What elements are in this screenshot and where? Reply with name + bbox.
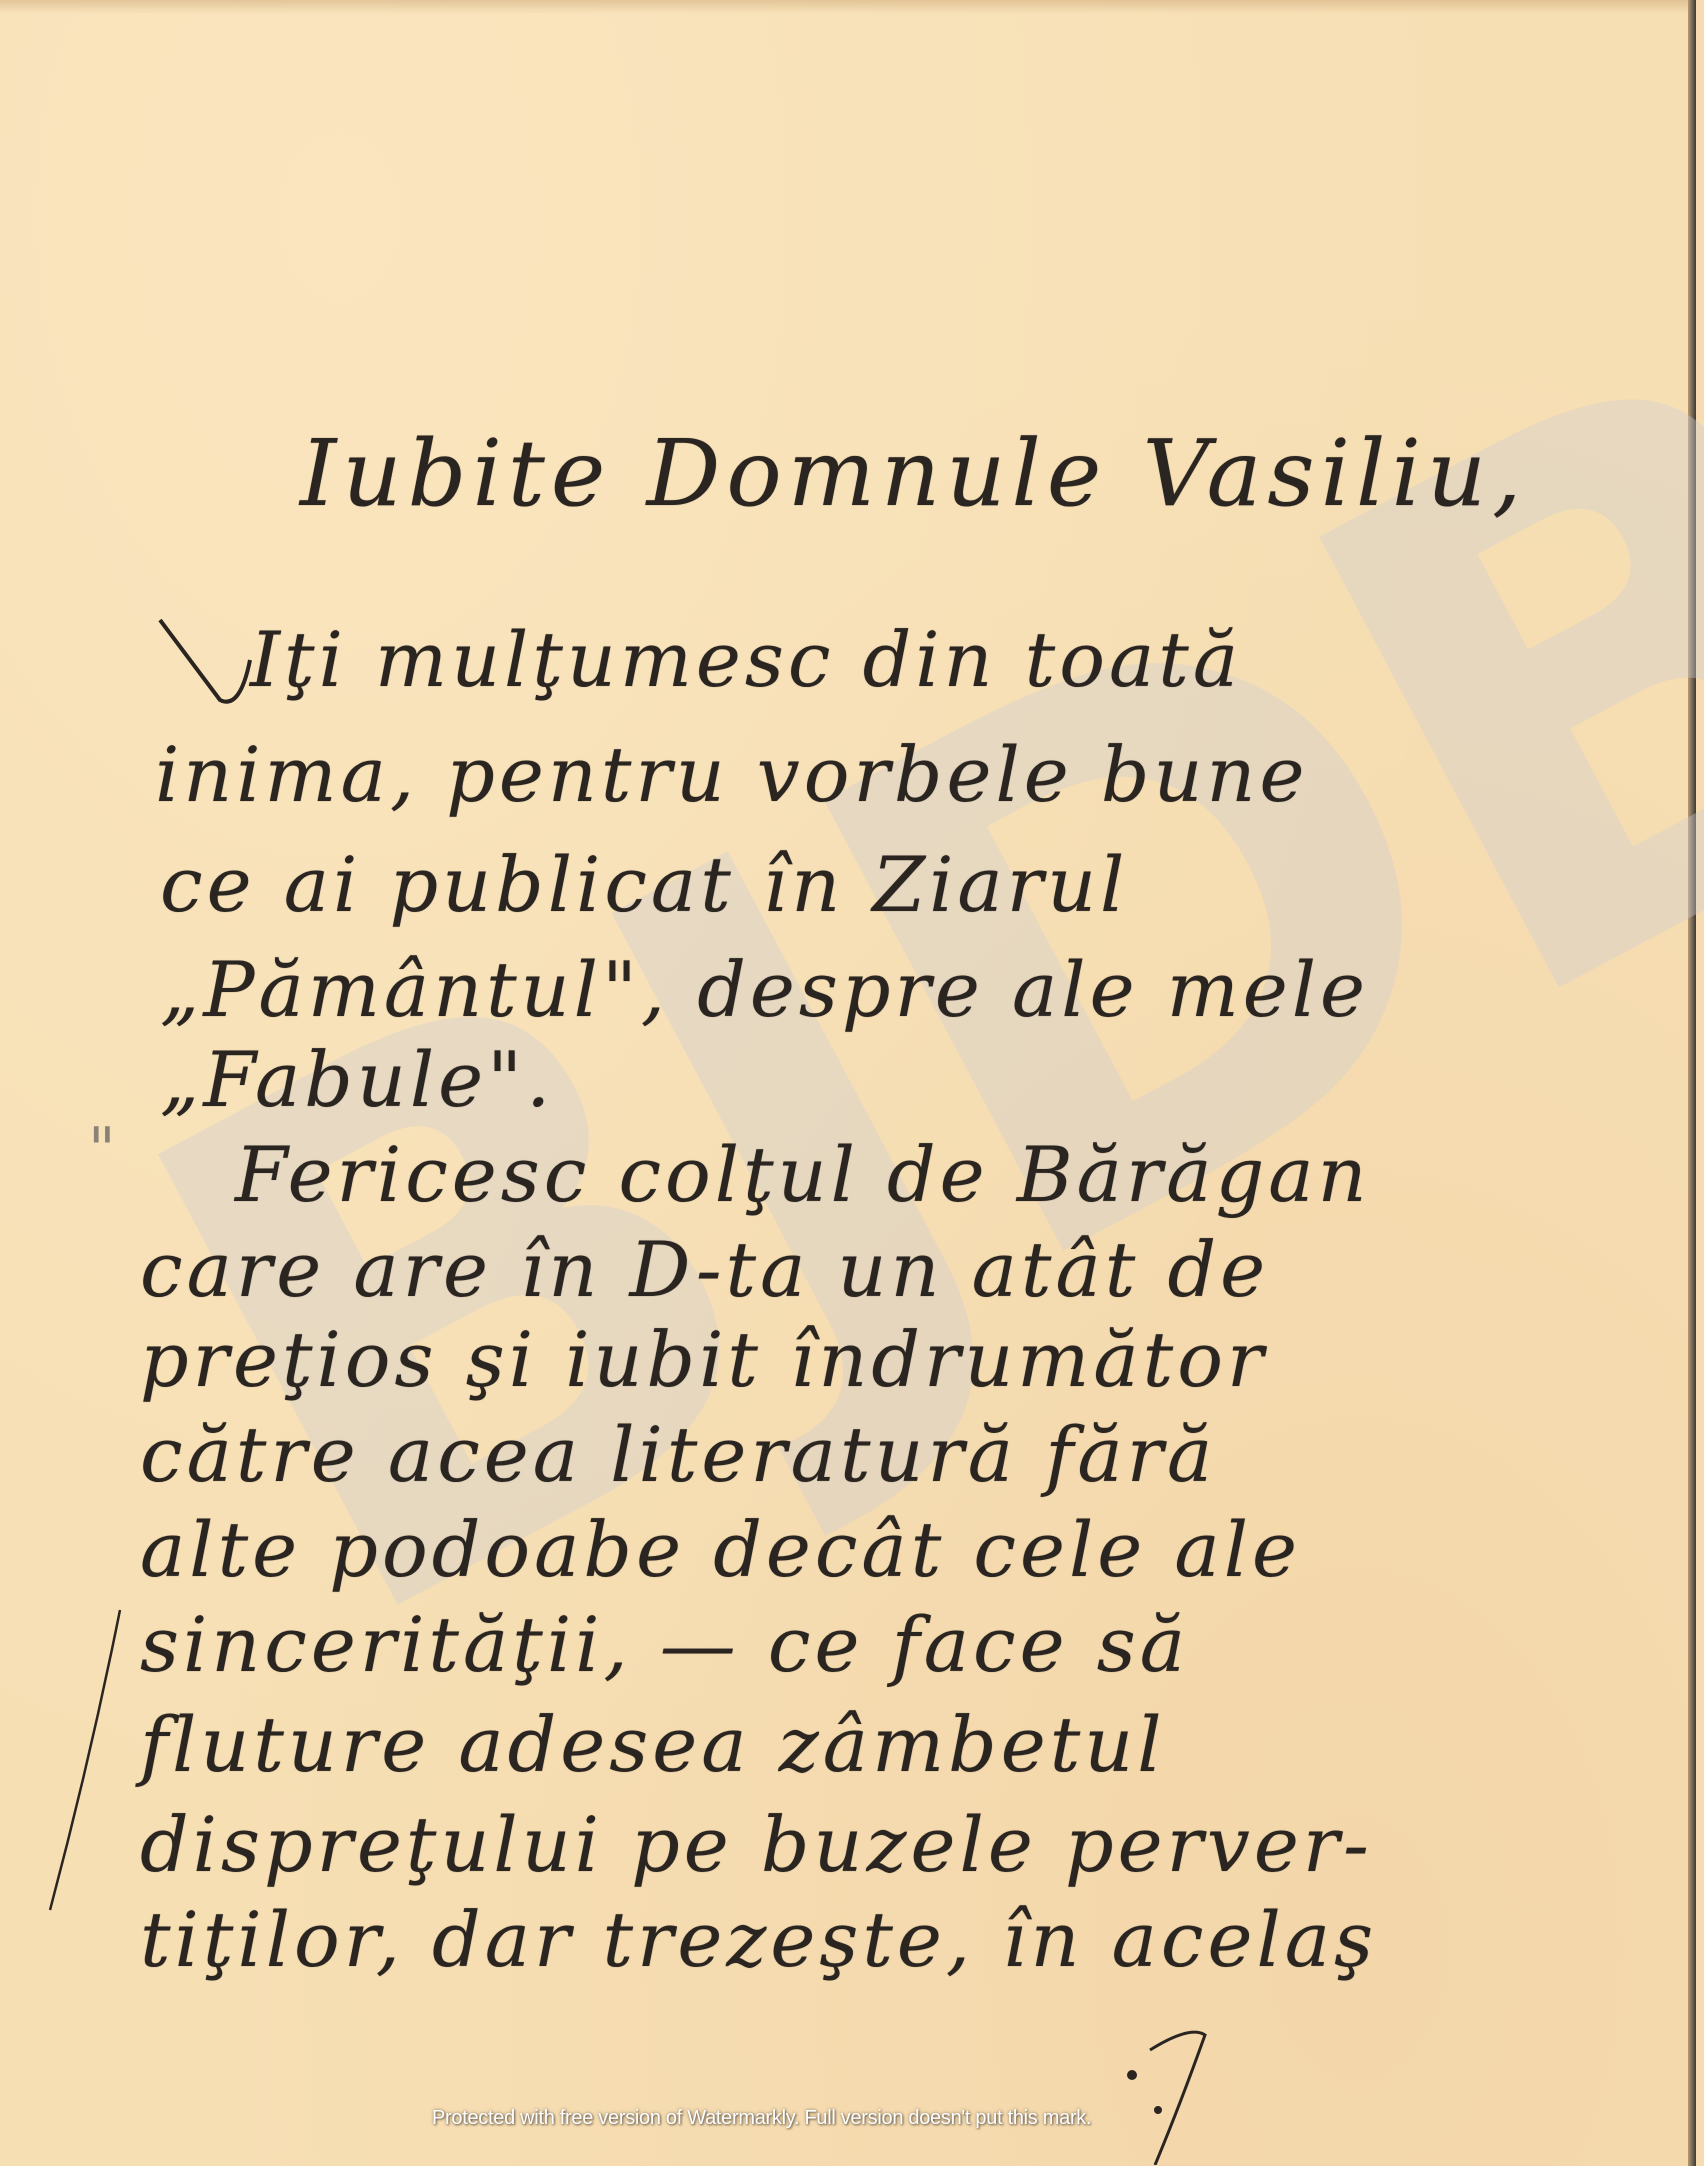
margin-quote-mark: " <box>88 1115 116 1185</box>
letter-line-2: inima, pentru vorbele bune <box>155 730 1308 819</box>
letter-line-12: fluture adesea zâmbetul <box>140 1700 1166 1789</box>
letter-line-9: către acea literatură fără <box>140 1410 1216 1499</box>
watermarkly-notice: Protected with free version of Watermark… <box>432 2107 1091 2130</box>
letter-line-6: Fericesc colţul de Bărăgan <box>235 1130 1371 1219</box>
left-margin-stroke <box>40 1600 130 1920</box>
letter-line-5: „Fabule". <box>160 1035 554 1124</box>
letter-line-13: dispreţului pe buzele perver- <box>140 1800 1373 1889</box>
opening-flourish <box>150 600 270 720</box>
letter-line-3: ce ai publicat în Ziarul <box>160 840 1128 929</box>
handwritten-letter: Iubite Domnule Vasiliu, Iţi mulţumesc di… <box>0 0 1696 2166</box>
letter-line-11: sincerităţii, — ce face să <box>140 1600 1189 1689</box>
letter-line-8: preţios şi iubit îndrumător <box>140 1315 1267 1404</box>
salutation: Iubite Domnule Vasiliu, <box>300 420 1527 527</box>
letter-line-7: care are în D-ta un atât de <box>140 1225 1269 1314</box>
letter-line-10: alte podoabe decât cele ale <box>140 1505 1301 1594</box>
letter-line-4: „Pământul", despre ale mele <box>160 945 1369 1034</box>
letter-line-14: tiţilor, dar trezeşte, în acelaş <box>140 1895 1377 1984</box>
page-turn-mark <box>1110 2015 1230 2165</box>
letter-line-1: Iţi mulţumesc din toată <box>250 615 1242 704</box>
